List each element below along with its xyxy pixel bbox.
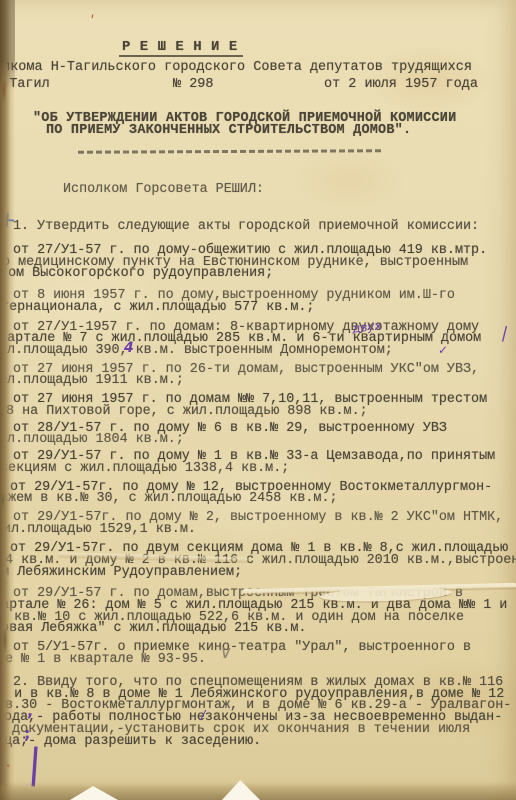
handwritten-digit: 4 (124, 341, 134, 355)
typed-line: ие № 1 в квартале № 93-95. (0, 653, 206, 667)
title-underline (119, 55, 243, 57)
scanned-decree-page: Р Е Ш Е Н И Е олкома Н-Тагильского город… (0, 0, 516, 800)
issuing-body-line: олкома Н-Тагильского городского Совета д… (0, 61, 472, 75)
red-speck: ' (89, 14, 95, 27)
typed-line: Исполком Горсовета РЕШИЛ: (63, 183, 264, 197)
ink-comma: , (27, 703, 33, 719)
decree-title: Р Е Ш Е Н И Е (122, 40, 238, 55)
typed-line: секциям с жил.площадью 1338,4 кв.м.; (0, 462, 289, 476)
subject-underline-rule (78, 149, 381, 154)
ink-stroke: | (500, 325, 509, 342)
page-left-edge (0, 0, 15, 800)
typed-line: С"ом Высокогорского рудоуправления; (0, 267, 273, 281)
decree-date: от 2 июля 1957 года (324, 78, 478, 92)
typed-line: тажем в кв.№ 30, с жил.площадью 2458 кв.… (0, 492, 338, 506)
typed-line: Новая Лебяжка" с жил.площадью 215 кв.м. (0, 622, 306, 636)
decree-number: № 298 (173, 78, 214, 92)
ink-check-mark: ✓ (438, 344, 448, 356)
typed-line: жил.площадью 390, кв.м. выстроенным Домн… (0, 344, 393, 358)
pencil-vee-mark: ∨ (218, 643, 234, 663)
ink-stroke: | (27, 744, 43, 785)
typed-line: 1. Утвердить следующие акты городской пр… (13, 220, 479, 234)
handwritten-word: двух (351, 319, 382, 335)
typed-line: 88 на Пихтовой горе, с жил.площадью 898 … (0, 405, 368, 419)
typed-line: нтернационала, с жил.площадью 577 кв.м.; (0, 301, 314, 315)
typed-line: жил.площадью 1911 кв.м.; (0, 374, 184, 388)
subject-line-2: ПО ПРИЕМУ ЗАКОНЧЕННЫХ СТРОИТЕЛЬСТВОМ ДОМ… (46, 124, 411, 138)
typed-line: жил.площадью 1529,1 кв.м. (0, 523, 196, 537)
typed-line: жил.площадью 1804 кв.м.; (0, 433, 184, 447)
typed-line: ым Лебяжинским Рудоуправлением; (0, 566, 242, 580)
